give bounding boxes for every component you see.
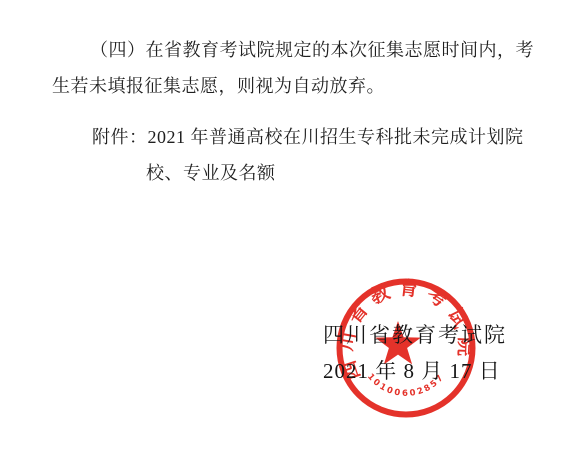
signature-issuer: 四川省教育考试院 xyxy=(323,317,507,353)
body-paragraph-line-2: 生若未填报征集志愿，则视为自动放弃。 xyxy=(52,68,385,104)
signature-block: 四川省教育考试院 2021 年 8 月 17 日 xyxy=(323,317,507,389)
signature-date: 2021 年 8 月 17 日 xyxy=(323,353,507,389)
body-paragraph-line-1: （四）在省教育考试院规定的本次征集志愿时间内，考 xyxy=(90,32,534,68)
document-page: （四）在省教育考试院规定的本次征集志愿时间内，考 生若未填报征集志愿，则视为自动… xyxy=(0,0,581,476)
attachment-line-1: 附件：2021 年普通高校在川招生专科批未完成计划院 xyxy=(92,119,524,155)
attachment-line-2: 校、专业及名额 xyxy=(146,155,276,191)
